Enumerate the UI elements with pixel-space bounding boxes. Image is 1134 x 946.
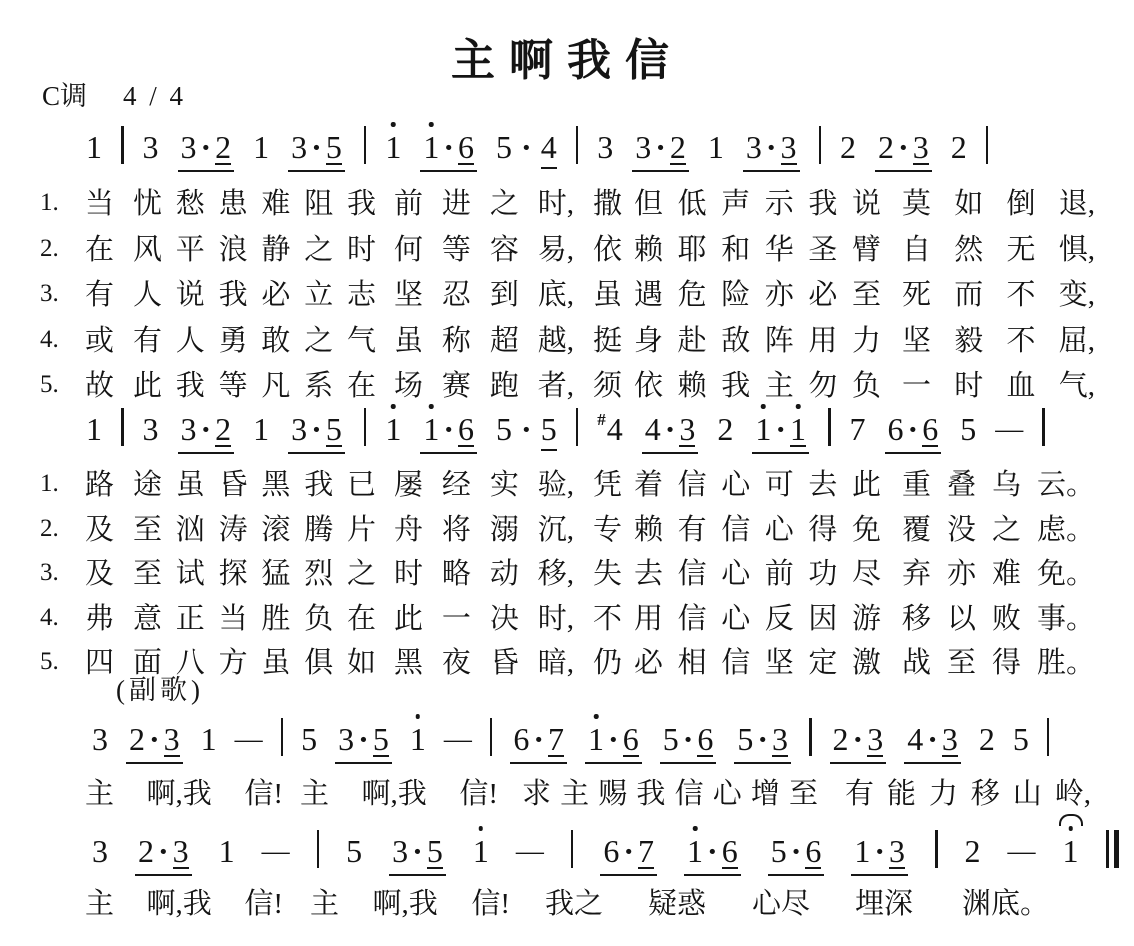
lyric-segment: 时略动移,失 bbox=[394, 556, 622, 592]
note-number: 3 bbox=[291, 131, 307, 163]
lyric-syllable: 危 bbox=[678, 277, 707, 313]
lyric-syllable: 坚 bbox=[394, 277, 423, 313]
beamed-note-group: 5·5 bbox=[496, 411, 557, 451]
note-number: 4 bbox=[607, 413, 623, 445]
lyric-syllable: 滚 bbox=[261, 512, 290, 548]
barline bbox=[1042, 408, 1045, 446]
lyric-syllable: 信 bbox=[678, 556, 707, 592]
verse-line: 4.或有人勇敢之气虽称超越,挺身赴敌阵用力坚毅不屈, bbox=[0, 323, 1134, 369]
duration-dot: · bbox=[311, 411, 322, 448]
lyric-syllable: 低 bbox=[678, 186, 707, 222]
lyric-segment: 死而不变, bbox=[902, 277, 1095, 313]
lyric-syllable: 忧 bbox=[133, 186, 162, 222]
note-number: 1 bbox=[253, 413, 269, 445]
lyric-syllable: 此 bbox=[394, 601, 423, 637]
note: 3 bbox=[92, 835, 108, 867]
duration-dot: · bbox=[655, 129, 666, 166]
lyric-syllable: 着 bbox=[634, 467, 663, 503]
lyric-syllable: 遇 bbox=[634, 277, 663, 313]
lyric-syllable: 得 bbox=[992, 645, 1021, 681]
lyric-syllable: 舟 bbox=[394, 512, 423, 548]
lyric-syllable: 及 bbox=[85, 556, 114, 592]
beamed-note-group: 6·7 bbox=[510, 721, 567, 764]
lyric-segment: 赖耶和华圣臂 bbox=[634, 232, 881, 268]
note-number: 3 bbox=[164, 723, 180, 755]
note-number: 5 bbox=[427, 835, 443, 867]
duration-dot: · bbox=[898, 129, 909, 166]
lyric-syllable: 烈 bbox=[304, 556, 333, 592]
lyric-syllable: 敢 bbox=[261, 323, 290, 359]
lyric-segment: 弗 bbox=[85, 601, 114, 637]
lyric-syllable: 我 bbox=[176, 368, 205, 404]
lyric-syllable: 有 bbox=[845, 776, 874, 812]
note-number: 1 bbox=[410, 723, 426, 755]
note-number: 2 bbox=[965, 835, 981, 867]
lyric-segment: 风平浪静之时 bbox=[133, 232, 376, 268]
lyric-syllable: 心 bbox=[721, 556, 750, 592]
lyric-syllable: 底, bbox=[538, 277, 574, 313]
lyric-segment: 遇危险亦必至 bbox=[634, 277, 881, 313]
duration-dot: · bbox=[149, 721, 160, 758]
lyric-syllable: 赖 bbox=[634, 232, 663, 268]
note: 1 bbox=[423, 413, 439, 445]
note: 6 bbox=[603, 835, 619, 867]
lyric-syllable: 弗 bbox=[85, 601, 114, 637]
lyric-syllable: 至 bbox=[133, 556, 162, 592]
beamed-note-group: 1·6 bbox=[684, 833, 741, 876]
note: 1 bbox=[687, 835, 703, 867]
lyric-syllable: 系 bbox=[304, 368, 333, 404]
duration-dot: · bbox=[853, 721, 864, 758]
lyric-syllable: 仍 bbox=[593, 645, 622, 681]
lyric-syllable: 必 bbox=[808, 277, 837, 313]
lyric-syllable: 必 bbox=[634, 645, 663, 681]
lyric-syllable: 主 bbox=[85, 776, 114, 812]
note-number: 7 bbox=[548, 723, 564, 755]
lyric-syllable: 用 bbox=[634, 601, 663, 637]
lyric-syllable: 当 bbox=[85, 186, 114, 222]
note-number: 1 bbox=[201, 723, 217, 755]
lyric-syllable: 四 bbox=[85, 645, 114, 681]
duration-dot: · bbox=[443, 411, 454, 448]
note: 2 bbox=[129, 723, 145, 755]
lyric-segment: 我之 bbox=[545, 886, 603, 922]
lyric-syllable: 正 bbox=[176, 601, 205, 637]
lyric-segment: 有人勇敢之气 bbox=[133, 323, 376, 359]
lyric-syllable: 无 bbox=[1006, 232, 1035, 268]
barline bbox=[571, 830, 574, 868]
lyric-syllable: 易, bbox=[538, 232, 574, 268]
note-number: 3 bbox=[942, 723, 958, 755]
note: 1 bbox=[854, 835, 870, 867]
tie-arc bbox=[1059, 814, 1083, 826]
lyric-segment: 意正当胜负在 bbox=[133, 601, 376, 637]
duration-dot: · bbox=[707, 833, 718, 870]
lyric-syllable: 人 bbox=[133, 277, 162, 313]
note: 3 bbox=[143, 413, 159, 445]
note: #4 bbox=[597, 411, 623, 445]
lyric-syllable: 尽 bbox=[781, 886, 810, 922]
lyric-syllable: 或 bbox=[85, 323, 114, 359]
note-number: 5 bbox=[326, 131, 342, 163]
lyric-syllable: 深 bbox=[884, 886, 913, 922]
lyric-segment: 途虽昏黑我已 bbox=[133, 467, 376, 503]
lyric-syllable: 倒 bbox=[1006, 186, 1035, 222]
lyric-segment: 当 bbox=[85, 186, 114, 222]
note-number: 1 bbox=[790, 413, 806, 445]
duration-dot: · bbox=[908, 411, 919, 448]
note-number: 5 bbox=[346, 835, 362, 867]
lyric-syllable: 平 bbox=[176, 232, 205, 268]
note-number: 1 bbox=[86, 413, 102, 445]
sharp-accidental: # bbox=[597, 410, 606, 429]
lyric-syllable: 信! bbox=[244, 776, 283, 812]
lyric-segment: 埋深 bbox=[855, 886, 913, 922]
note-number: 2 bbox=[878, 131, 894, 163]
note: 5 bbox=[541, 413, 557, 451]
lyric-syllable: 莫 bbox=[902, 186, 931, 222]
note: 6 bbox=[722, 835, 738, 869]
duration-dot: · bbox=[791, 833, 802, 870]
note: 2 bbox=[833, 723, 849, 755]
lyric-syllable: 等 bbox=[442, 232, 471, 268]
lyric-syllable: 试 bbox=[176, 556, 205, 592]
lyric-syllable: 挺 bbox=[593, 323, 622, 359]
lyric-segment: 一时血气, bbox=[902, 368, 1095, 404]
barline bbox=[809, 718, 812, 756]
lyric-syllable: 风 bbox=[133, 232, 162, 268]
barline bbox=[576, 408, 579, 446]
lyric-segment: 路 bbox=[85, 467, 114, 503]
beamed-note-group: 3·2 bbox=[178, 129, 235, 172]
note-number: 4 bbox=[541, 131, 557, 163]
note: 3 bbox=[164, 723, 180, 757]
lyric-syllable: 力 bbox=[852, 323, 881, 359]
beamed-note-group: 6·6 bbox=[885, 411, 942, 454]
lyric-syllable: 血 bbox=[1006, 368, 1035, 404]
lyric-syllable: 者, bbox=[538, 368, 574, 404]
lyric-syllable: 可 bbox=[765, 467, 794, 503]
note: 6 bbox=[458, 413, 474, 447]
lyric-segment: 赖有信心得免 bbox=[634, 512, 881, 548]
beamed-note-group: 3·3 bbox=[743, 129, 800, 172]
note: 1 bbox=[86, 131, 102, 163]
note-number: 3 bbox=[597, 131, 613, 163]
lyric-syllable: 用 bbox=[808, 323, 837, 359]
lyric-segment: 或 bbox=[85, 323, 114, 359]
note: 2 bbox=[670, 131, 686, 165]
verse-block-2: 1.路途虽昏黑我已屡经实验,凭着信心可去此重叠乌云。2.及至汹涛滚腾片舟将溺沉,… bbox=[0, 467, 1134, 690]
lyric-syllable: 昏 bbox=[219, 467, 248, 503]
lyric-syllable: 心 bbox=[721, 467, 750, 503]
note: 1 bbox=[588, 723, 604, 755]
lyric-syllable: 不 bbox=[593, 601, 622, 637]
lyric-syllable: 难 bbox=[261, 186, 290, 222]
lyric-segment: 及 bbox=[85, 556, 114, 592]
note: 3 bbox=[772, 723, 788, 757]
verse-number: 4. bbox=[40, 604, 59, 632]
note: 1 bbox=[201, 723, 217, 755]
note: 5 bbox=[737, 723, 753, 755]
lyric-syllable: 能 bbox=[887, 776, 916, 812]
note-number: 1 bbox=[708, 131, 724, 163]
lyric-syllable: 黑 bbox=[261, 467, 290, 503]
lyric-syllable: 暗, bbox=[538, 645, 574, 681]
note: 1 bbox=[755, 413, 771, 445]
note: 6 bbox=[697, 723, 713, 757]
lyric-segment: 渊底。 bbox=[962, 886, 1049, 922]
note: 1 bbox=[385, 131, 401, 163]
lyric-syllable: 说 bbox=[176, 277, 205, 313]
note: 3 bbox=[867, 723, 883, 757]
lyric-syllable: 一 bbox=[902, 368, 931, 404]
note: 4 bbox=[645, 413, 661, 445]
lyric-syllable: 亦 bbox=[765, 277, 794, 313]
lyric-syllable: 难 bbox=[992, 556, 1021, 592]
note-number: 5 bbox=[326, 413, 342, 445]
note: 5 bbox=[427, 835, 443, 869]
lyric-syllable: 我 bbox=[545, 886, 574, 922]
lyric-syllable: 赐 bbox=[598, 776, 627, 812]
lyric-syllable: 以 bbox=[947, 601, 976, 637]
lyric-syllable: 必 bbox=[261, 277, 290, 313]
note: 3 bbox=[143, 131, 159, 163]
note: 5 bbox=[663, 723, 679, 755]
note-number: 3 bbox=[291, 413, 307, 445]
lyric-syllable: 气 bbox=[347, 323, 376, 359]
lyric-syllable: 主 bbox=[560, 776, 589, 812]
note: 3 bbox=[291, 413, 307, 445]
lyric-syllable: 信! bbox=[244, 886, 283, 922]
lyric-syllable: 路 bbox=[85, 467, 114, 503]
note: 6 bbox=[888, 413, 904, 445]
verse-line: 2.及至汹涛滚腾片舟将溺沉,专赖有信心得免覆没之虑。 bbox=[0, 512, 1134, 557]
lyric-syllable: 勇 bbox=[219, 323, 248, 359]
beamed-note-group: 2·3 bbox=[135, 833, 192, 876]
lyric-syllable: 前 bbox=[394, 186, 423, 222]
beamed-note-group: 3·5 bbox=[288, 411, 345, 454]
lyric-syllable: 变, bbox=[1059, 277, 1095, 313]
lyric-syllable: 尽 bbox=[852, 556, 881, 592]
note-number: 2 bbox=[717, 413, 733, 445]
lyric-syllable: 险 bbox=[721, 277, 750, 313]
lyric-syllable: 虑。 bbox=[1037, 512, 1095, 548]
lyric-segment: 必相信坚定激 bbox=[634, 645, 881, 681]
lyric-syllable: 埋 bbox=[855, 886, 884, 922]
beamed-note-group: 1·6 bbox=[420, 411, 477, 454]
lyric-syllable: 移 bbox=[971, 776, 1000, 812]
verse-number: 3. bbox=[40, 280, 59, 308]
lyric-syllable: 静 bbox=[261, 232, 290, 268]
lyric-syllable: 赖 bbox=[634, 512, 663, 548]
beamed-note-group: 5·3 bbox=[734, 721, 791, 764]
lyric-syllable: 功 bbox=[808, 556, 837, 592]
lyric-syllable: 疑 bbox=[648, 886, 677, 922]
lyric-syllable: 动 bbox=[490, 556, 519, 592]
lyric-syllable: 如 bbox=[954, 186, 983, 222]
note-number: 3 bbox=[143, 413, 159, 445]
verse-line: 1.当忧愁患难阻我前进之时,撒但低声示我说莫如倒退, bbox=[0, 186, 1134, 232]
lyric-syllable: 至 bbox=[947, 645, 976, 681]
lyric-syllable: 称 bbox=[442, 323, 471, 359]
note-number: 3 bbox=[92, 835, 108, 867]
note: 1 bbox=[219, 835, 235, 867]
verse-number: 4. bbox=[40, 326, 59, 354]
note: 3 bbox=[942, 723, 958, 757]
verse-number: 3. bbox=[40, 559, 59, 587]
note-number: 3 bbox=[635, 131, 651, 163]
lyric-syllable: 胜。 bbox=[1037, 645, 1095, 681]
lyric-syllable: 主 bbox=[310, 886, 339, 922]
lyric-syllable: 臂 bbox=[852, 232, 881, 268]
verse-number: 1. bbox=[40, 470, 59, 498]
lyric-syllable: 示 bbox=[765, 186, 794, 222]
lyric-syllable: 增 bbox=[751, 776, 780, 812]
lyric-syllable: 何 bbox=[394, 232, 423, 268]
lyric-segment: 主啊,我信! bbox=[85, 776, 283, 812]
lyric-syllable: 说 bbox=[852, 186, 881, 222]
lyric-syllable: 战 bbox=[902, 645, 931, 681]
lyric-syllable: 岭, bbox=[1055, 776, 1091, 812]
note: 1 bbox=[410, 723, 426, 755]
lyric-syllable: 有 bbox=[133, 323, 162, 359]
note: 2 bbox=[965, 835, 981, 867]
note-number: 3 bbox=[181, 131, 197, 163]
lyric-segment: 战至得胜。 bbox=[902, 645, 1095, 681]
time-signature: 4 / 4 bbox=[123, 81, 186, 111]
lyric-syllable: 心 bbox=[721, 601, 750, 637]
note: 5 bbox=[1013, 723, 1029, 755]
lyric-syllable: 免。 bbox=[1037, 556, 1095, 592]
lyric-syllable: 乌 bbox=[992, 467, 1021, 503]
note-number: 5 bbox=[737, 723, 753, 755]
note: 6 bbox=[458, 131, 474, 165]
lyric-segment: 黑夜昏暗,仍 bbox=[394, 645, 622, 681]
barline bbox=[121, 408, 124, 446]
beamed-note-group: 4·3 bbox=[642, 411, 699, 454]
lyric-syllable: 重 bbox=[902, 467, 931, 503]
note: 3 bbox=[181, 131, 197, 163]
note: 2 bbox=[138, 835, 154, 867]
beamed-note-group: 3·2 bbox=[632, 129, 689, 172]
note-number: 1 bbox=[385, 413, 401, 445]
lyric-syllable: 负 bbox=[852, 368, 881, 404]
barline bbox=[819, 126, 822, 164]
chorus-music-line-1: 32·31—53·51—6·71·65·65·32·34·325 bbox=[92, 712, 1049, 764]
note-number: 1 bbox=[854, 835, 870, 867]
lyric-segment: 用信心反因游 bbox=[634, 601, 881, 637]
duration-dot: · bbox=[608, 721, 619, 758]
lyric-syllable: 免 bbox=[852, 512, 881, 548]
note: 1 bbox=[253, 131, 269, 163]
beamed-note-group: 6·7 bbox=[600, 833, 657, 876]
lyric-syllable: 赛 bbox=[442, 368, 471, 404]
note-number: 5 bbox=[496, 413, 512, 445]
lyric-syllable: 失 bbox=[593, 556, 622, 592]
lyric-syllable: 求 bbox=[522, 776, 551, 812]
final-barline bbox=[1106, 830, 1119, 868]
lyric-syllable: 凡 bbox=[261, 368, 290, 404]
lyric-syllable: 人 bbox=[176, 323, 205, 359]
verse-line: 3.及至试探猛烈之时略动移,失去信心前功尽弃亦难免。 bbox=[0, 556, 1134, 601]
note-number: 4 bbox=[907, 723, 923, 755]
lyric-syllable: 相 bbox=[678, 645, 707, 681]
note-number: 3 bbox=[181, 413, 197, 445]
duration-dot: · bbox=[623, 833, 634, 870]
lyric-syllable: 心 bbox=[713, 776, 742, 812]
note: 1 bbox=[423, 131, 439, 163]
lyric-syllable: 撒 bbox=[593, 186, 622, 222]
lyric-syllable: 忍 bbox=[442, 277, 471, 313]
lyric-syllable: 覆 bbox=[902, 512, 931, 548]
note-number: 2 bbox=[215, 413, 231, 445]
lyric-syllable: 当 bbox=[219, 601, 248, 637]
duration-dot: · bbox=[533, 721, 544, 758]
lyric-syllable: 啊,我 bbox=[373, 886, 438, 922]
note: 6 bbox=[922, 413, 938, 447]
lyric-segment: 但低声示我说 bbox=[634, 186, 881, 222]
note: 3 bbox=[781, 131, 797, 165]
lyric-syllable: 我 bbox=[304, 467, 333, 503]
verse-line: 1.路途虽昏黑我已屡经实验,凭着信心可去此重叠乌云。 bbox=[0, 467, 1134, 512]
dash-note: — bbox=[1008, 836, 1036, 868]
lyric-syllable: 前 bbox=[765, 556, 794, 592]
lyric-syllable: 信 bbox=[721, 645, 750, 681]
lyric-syllable: 已 bbox=[347, 467, 376, 503]
lyric-syllable: 沉, bbox=[538, 512, 574, 548]
barline bbox=[986, 126, 989, 164]
note: 1 bbox=[86, 413, 102, 445]
lyric-segment: 场赛跑者,须 bbox=[394, 368, 622, 404]
lyric-segment: 弃亦难免。 bbox=[902, 556, 1095, 592]
duration-dot: · bbox=[665, 411, 676, 448]
beamed-note-group: 1·6 bbox=[420, 129, 477, 172]
lyric-syllable: 在 bbox=[347, 601, 376, 637]
lyric-syllable: 啊,我 bbox=[147, 776, 212, 812]
note-number: 6 bbox=[722, 835, 738, 867]
note-number: 3 bbox=[173, 835, 189, 867]
duration-dot: · bbox=[158, 833, 169, 870]
lyric-syllable: 专 bbox=[593, 512, 622, 548]
lyric-segment: 及 bbox=[85, 512, 114, 548]
lyric-syllable: 我 bbox=[347, 186, 376, 222]
lyric-segment: 疑惑 bbox=[648, 886, 706, 922]
lyric-syllable: 在 bbox=[347, 368, 376, 404]
verse-line: 2.在风平浪静之时何等容易,依赖耶和华圣臂自然无惧, bbox=[0, 232, 1134, 278]
note-number: 7 bbox=[638, 835, 654, 867]
lyric-segment: 主啊,我信! bbox=[85, 886, 283, 922]
note: 3 bbox=[746, 131, 762, 163]
lyric-syllable: 依 bbox=[593, 232, 622, 268]
note: 5 bbox=[346, 835, 362, 867]
lyric-syllable: 依 bbox=[634, 368, 663, 404]
lyric-segment: 何等容易,依 bbox=[394, 232, 622, 268]
lyric-syllable: 之 bbox=[574, 886, 603, 922]
lyric-syllable: 力 bbox=[929, 776, 958, 812]
lyric-segment: 故 bbox=[85, 368, 114, 404]
lyric-segment: 莫如倒退, bbox=[902, 186, 1095, 222]
music-line-1: 133·213·511·65·433·213·322·32 bbox=[86, 120, 988, 172]
note: 5 bbox=[326, 131, 342, 165]
lyric-syllable: 负 bbox=[304, 601, 333, 637]
lyric-syllable: 胜 bbox=[261, 601, 290, 637]
note-number: 3 bbox=[92, 723, 108, 755]
lyric-syllable: 片 bbox=[347, 512, 376, 548]
lyric-syllable: 验, bbox=[538, 467, 574, 503]
lyric-segment: 此我等凡系在 bbox=[133, 368, 376, 404]
lyric-syllable: 心 bbox=[765, 512, 794, 548]
duration-dot: · bbox=[757, 721, 768, 758]
